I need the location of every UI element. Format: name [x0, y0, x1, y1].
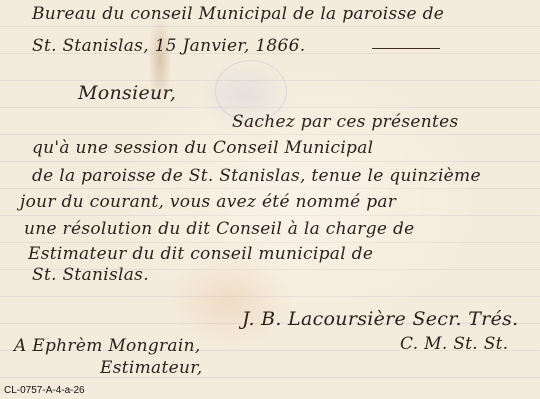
- salutation: Monsieur,: [78, 82, 176, 104]
- addressee-name: A Ephrèm Mongrain,: [14, 336, 201, 356]
- signature-name: J. B. Lacoursière Secr. Trés.: [242, 308, 519, 330]
- letterhead-date-line: St. Stanislas, 15 Janvier, 1866.: [32, 36, 305, 56]
- body-line-3: de la paroisse de St. Stanislas, tenue l…: [32, 166, 481, 186]
- signature-title: C. M. St. St.: [400, 334, 509, 354]
- body-line-7: St. Stanislas.: [32, 265, 149, 285]
- archive-reference-code: CL-0757-A-4-a-26: [4, 385, 85, 396]
- body-line-2: qu'à une session du Conseil Municipal: [32, 138, 373, 158]
- letterhead-line-1: Bureau du conseil Municipal de la parois…: [32, 4, 444, 24]
- date-flourish-line: [372, 48, 440, 49]
- body-line-5: une résolution du dit Conseil à la charg…: [24, 219, 415, 239]
- addressee-role: Estimateur,: [100, 358, 202, 378]
- body-line-1: Sachez par ces présentes: [232, 112, 459, 132]
- body-line-4: jour du courant, vous avez été nommé par: [20, 192, 396, 212]
- body-line-6: Estimateur du dit conseil municipal de: [28, 244, 373, 264]
